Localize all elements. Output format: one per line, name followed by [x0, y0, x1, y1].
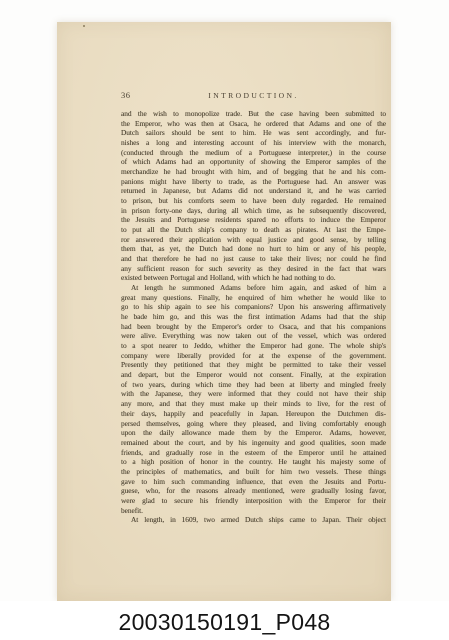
- running-header-title: INTRODUCTION.: [121, 91, 386, 100]
- paragraph: and the wish to monopolize trade. But th…: [121, 109, 386, 283]
- text-line: At length, in 1609, two armed Dutch ship…: [121, 515, 386, 525]
- text-line: persed themselves, going where they plea…: [121, 419, 386, 429]
- text-line: and the wish to monopolize trade. But th…: [121, 109, 386, 119]
- page-body-text: and the wish to monopolize trade. But th…: [121, 109, 386, 525]
- text-line: go to his ship again to see his companio…: [121, 302, 386, 312]
- paragraph: At length he summoned Adams before him a…: [121, 283, 386, 515]
- text-line: to a high position of honor in the count…: [121, 457, 386, 467]
- text-line: of two years, during which time they had…: [121, 380, 386, 390]
- scanned-document-view: 36 INTRODUCTION. and the wish to monopol…: [0, 0, 449, 640]
- text-line: benefit.: [121, 506, 386, 516]
- text-line: existed between Portugal and Holland, wi…: [121, 273, 386, 283]
- text-line: nishes a long and interesting account of…: [121, 138, 386, 148]
- text-line: (conducted through the medium of a Portu…: [121, 148, 386, 158]
- text-line: the Emperor, who was then at Osaca, he o…: [121, 119, 386, 129]
- text-line: with the Japanese, they were informed th…: [121, 389, 386, 399]
- text-line: remained about the court, and by his ing…: [121, 438, 386, 448]
- text-line: in prison forty-one days, during all whi…: [121, 206, 386, 216]
- text-line: At length he summoned Adams before him a…: [121, 283, 386, 293]
- text-line: friends, and gradually rose in the estee…: [121, 448, 386, 458]
- text-line: ror answered their application with equa…: [121, 235, 386, 245]
- text-line: returned in Japanese, but Adams did not …: [121, 186, 386, 196]
- catalog-id: 20030150191_P048: [118, 606, 330, 636]
- text-line: panions might have liberty to trade, as …: [121, 177, 386, 187]
- text-line: guese, who, for the reasons already ment…: [121, 486, 386, 496]
- text-line: any sufficient reason for such severity …: [121, 264, 386, 274]
- text-line: and that therefore he had no just cause …: [121, 254, 386, 264]
- text-line: company were liberally provided for at t…: [121, 351, 386, 361]
- text-line: great many questions. Finally, he enquir…: [121, 293, 386, 303]
- text-line: Dutch sailors should be sent to him. He …: [121, 128, 386, 138]
- text-line: any more, and that they must make up the…: [121, 399, 386, 409]
- text-line: he bade him go, and this was the first i…: [121, 312, 386, 322]
- text-line: the principles of mathematics, and built…: [121, 467, 386, 477]
- text-line: to a spot nearer to Jeddo, whither the E…: [121, 341, 386, 351]
- text-line: them that, as yet, the Dutch had done no…: [121, 244, 386, 254]
- catalog-id-bar: 20030150191_P048: [0, 601, 449, 640]
- paragraph: At length, in 1609, two armed Dutch ship…: [121, 515, 386, 525]
- text-line: to put all the Dutch ship's company to d…: [121, 225, 386, 235]
- text-line: the Jesuits and Portuguese residents spa…: [121, 215, 386, 225]
- text-line: gave to him such commanding influence, t…: [121, 477, 386, 487]
- text-line: had been brought by the Emperor's order …: [121, 322, 386, 332]
- text-line: upon the daily allowance made them by th…: [121, 428, 386, 438]
- text-line: were alive. Everything was now taken out…: [121, 331, 386, 341]
- dust-speck: [83, 25, 85, 27]
- text-line: merchandize he had brought with him, and…: [121, 167, 386, 177]
- text-line: were glad to secure his friendly interpo…: [121, 496, 386, 506]
- text-line: and depart, but the Emperor would not co…: [121, 370, 386, 380]
- text-line: to prison, but his comforts seem to have…: [121, 196, 386, 206]
- text-line: Presently they petitioned that they migh…: [121, 360, 386, 370]
- text-line: of which Adams had an opportunity of sho…: [121, 157, 386, 167]
- text-line: their days, happily and peacefully in Ja…: [121, 409, 386, 419]
- book-page: 36 INTRODUCTION. and the wish to monopol…: [57, 22, 391, 601]
- page-header: 36 INTRODUCTION.: [121, 90, 386, 102]
